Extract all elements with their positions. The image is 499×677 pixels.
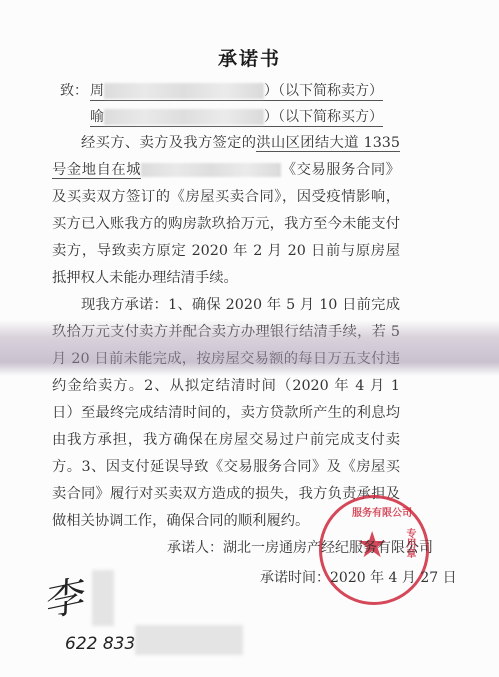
document-page: 承诺书 致：周）（以下简称卖方） 喻）（以下简称买方） 经买方、卖方及我方签定的… <box>0 0 499 677</box>
redacted-signature <box>92 570 114 626</box>
promisor-line: 承诺人：湖北一房通房产经纪服务有限公司 <box>167 537 433 557</box>
paragraph-background: 经买方、卖方及我方签定的洪山区团结大道 1335 号金地自在城《交易服务合同》及… <box>52 130 400 535</box>
redacted-address <box>141 163 281 177</box>
seller-name-field: 周）（以下简称卖方） <box>90 80 383 101</box>
recipient-seller-line: 致：周）（以下简称卖方） <box>60 80 383 101</box>
paragraph-1: 经买方、卖方及我方签定的洪山区团结大道 1335 号金地自在城《交易服务合同》及… <box>52 130 400 292</box>
promise-date: 2020 年 4 月 27 日 <box>330 570 457 586</box>
handwritten-number: 622 833 <box>65 634 135 654</box>
redacted-number <box>135 625 243 655</box>
document-title: 承诺书 <box>0 44 499 71</box>
to-label: 致： <box>60 83 88 99</box>
redacted-name <box>104 109 264 125</box>
date-line: 承诺时间：2020 年 4 月 27 日 <box>260 567 457 587</box>
paragraph-2-commitments: 现我方承诺：1、确保 2020 年 5 月 10 日前完成玖拾万元支付卖方并配合… <box>52 292 400 535</box>
handwritten-signature: 李 <box>37 564 88 628</box>
redacted-name <box>104 83 264 99</box>
recipient-buyer-line: 喻）（以下简称买方） <box>90 106 383 127</box>
promisor-company: 湖北一房通房产经纪服务有限公司 <box>223 540 433 556</box>
buyer-name-field: 喻）（以下简称买方） <box>90 106 383 127</box>
